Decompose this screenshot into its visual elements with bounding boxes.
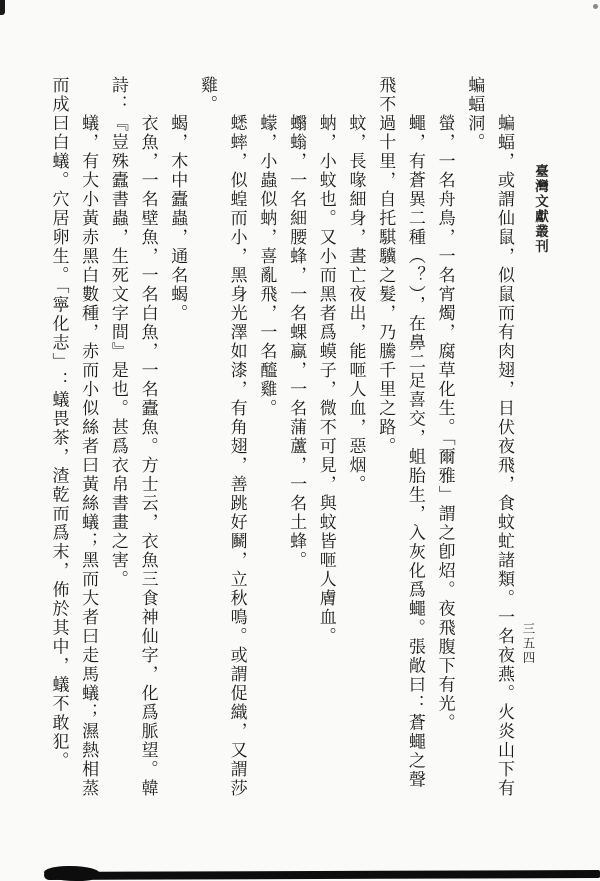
text-column: 螢，一名舟鳥，一名宵燭，腐草化生。「爾雅」謂之卽炤。夜飛腹下有光。 <box>429 76 459 881</box>
text-column: 蝙蝠，或謂仙鼠，似鼠而有肉翅，日伏夜飛，食蚊虻諸類。一名夜燕。火炎山下有 <box>488 76 518 881</box>
scan-artifact-top-right <box>593 4 598 9</box>
scan-artifact-top-left <box>0 0 5 15</box>
text-column: 蟻，有大小黃赤黑白數種，赤而小似絲者曰黃絲蟻；黑而大者曰走馬蟻；濕熱相蒸 <box>72 76 102 881</box>
scanned-book-page: 臺灣文獻叢刊 三五四 蝙蝠，或謂仙鼠，似鼠而有肉翅，日伏夜飛，食蚊虻諸類。一名夜… <box>0 0 600 881</box>
text-column: 蠅，有蒼異二種（？），在鼻二足喜交，蛆胎生，入灰化爲蠅。張敞曰：蒼蠅之聲 <box>399 76 429 881</box>
main-text-block: 蝙蝠，或謂仙鼠，似鼠而有肉翅，日伏夜飛，食蚊虻諸類。一名夜燕。火炎山下有 蝙蝠洞… <box>43 76 518 881</box>
text-column: 飛不過十里，自托騏驥之髮，乃騰千里之路。 <box>369 76 399 881</box>
page-number: 三五四 <box>519 622 537 666</box>
text-column: 雞。 <box>191 76 221 881</box>
text-column: 蠓，小蟲似蚋，喜亂飛，一名醯雞。 <box>251 76 281 881</box>
text-column: 蠮螉，一名細腰蜂，一名蜾蠃，一名蒲蘆，一名土蜂。 <box>280 76 310 881</box>
series-title: 臺灣文獻叢刊 <box>530 164 550 254</box>
text-column: 蝎，木中蠹蟲，通名蝎。 <box>162 76 192 881</box>
text-column: 詩：『豈殊蠹書蟲，生死文字間』是也。甚爲衣帛書畫之害。 <box>102 76 132 881</box>
text-column: 蟋蟀，似蝗而小，黑身光澤如漆，有角翅，善跳好鬭，立秋鳴。或謂促織，又謂莎 <box>221 76 251 881</box>
text-column: 而成曰白蟻。穴居卵生。「寧化志」：蟻畏茶，渣乾而爲末，佈於其中，蟻不敢犯。 <box>43 76 73 881</box>
text-column: 蚊，長喙細身，晝亡夜出，能咂人血，惡烟。 <box>340 76 370 881</box>
text-column: 蚋，小蚊也。又小而黑者爲蟆子，微不可見，與蚊皆咂人膚血。 <box>310 76 340 881</box>
text-column: 衣魚，一名壁魚，一名白魚，一名蠹魚。方士云，衣魚三食神仙字，化爲脈望。韓 <box>132 76 162 881</box>
text-column: 蝙蝠洞。 <box>459 76 489 881</box>
